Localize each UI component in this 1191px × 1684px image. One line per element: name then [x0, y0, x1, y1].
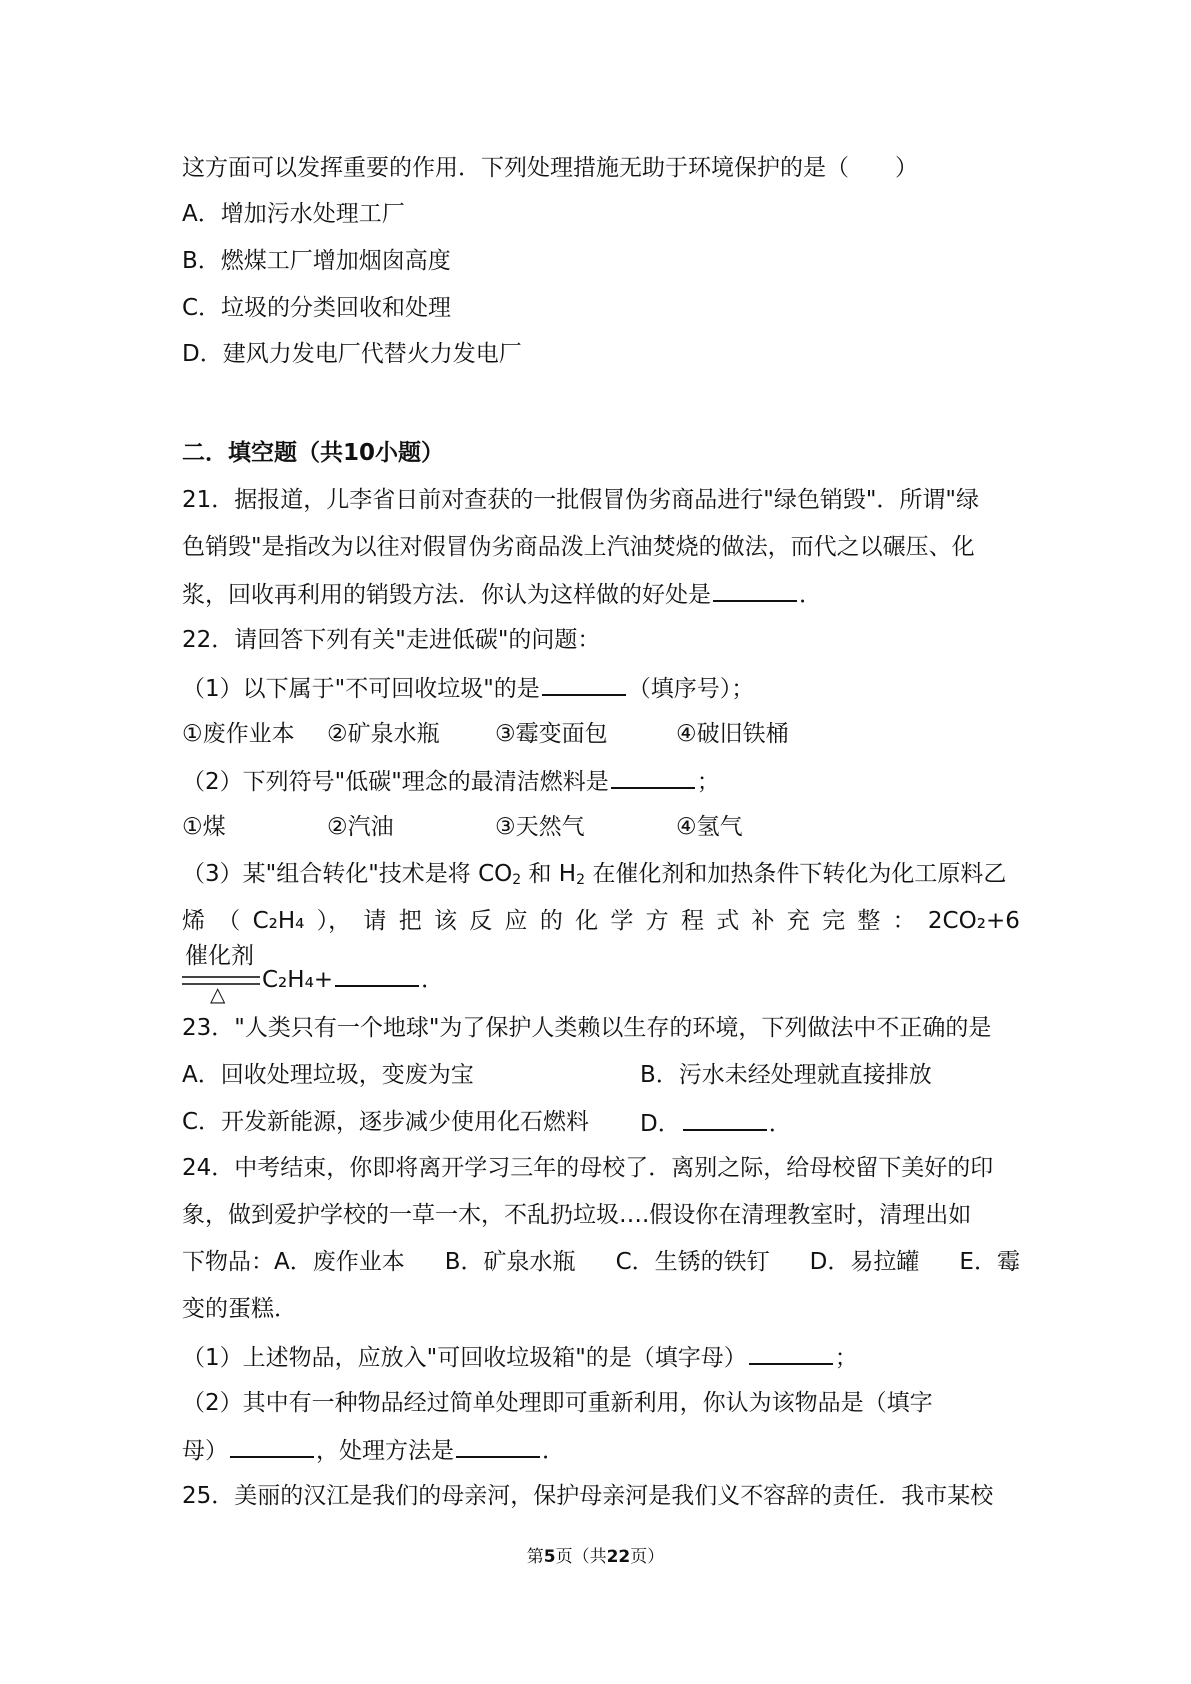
q21-line-1: 21．据报道，儿李省日前对查获的一批假冒伪劣商品进行"绿色销毁"．所谓"绿 — [182, 485, 1020, 515]
q21-line-3: 浆，回收再利用的销毁方法．你认为这样做的好处是． — [182, 578, 822, 610]
period: ． — [769, 1111, 792, 1137]
answer-blank[interactable] — [683, 1107, 767, 1131]
q24-line-4: 变的蛋糕． — [182, 1294, 297, 1324]
q24-part1-text: （1）上述物品，应放入"可回收垃圾箱"的是（填字母） — [182, 1345, 747, 1371]
char: 程 — [681, 906, 704, 936]
char: （ — [217, 906, 240, 936]
q24-part2-line1: （2）其中有一种物品经过简单处理即可重新利用，你认为该物品是（填字 — [182, 1388, 933, 1418]
product-formula: C₂H₄+ — [262, 967, 333, 993]
q24-line-2: 象，做到爱护学校的一草一木，不乱扔垃圾….假设你在清理教室时，清理出如 — [182, 1200, 971, 1230]
q20-option-c: C．垃圾的分类回收和处理 — [182, 293, 451, 323]
char: 该 — [434, 906, 457, 936]
q20-option-a: A．增加污水处理工厂 — [182, 199, 405, 229]
option: ①煤 — [182, 812, 226, 842]
q23-options-row2: C．开发新能源，逐步减少使用化石燃料 D．． — [182, 1107, 1020, 1137]
q20-option-d: D．建风力发电厂代替火力发电厂 — [182, 339, 522, 369]
option: ③霉变面包 — [495, 719, 608, 749]
char: 充 — [787, 906, 810, 936]
page-total: 22 — [607, 1547, 631, 1567]
heat-triangle-icon: △ — [210, 983, 225, 1005]
char: 式 — [716, 906, 739, 936]
q23-option-a: A．回收处理垃圾，变废为宝 — [182, 1062, 474, 1088]
q20-stem: 这方面可以发挥重要的作用．下列处理措施无助于环境保护的是（ ） — [182, 153, 918, 183]
q21-text: 21．据报道，儿李省日前对查获的一批假冒伪劣商品进行"绿色销毁"．所谓"绿 — [182, 485, 979, 515]
semicolon: ； — [835, 1345, 858, 1371]
text: 第 — [527, 1547, 544, 1567]
char: 应 — [505, 906, 528, 936]
q22-part1: （1）以下属于"不可回收垃圾"的是（填序号）； — [182, 672, 754, 704]
period: ． — [421, 967, 444, 993]
text: 和 H — [521, 861, 576, 887]
item: D．易拉罐 — [810, 1247, 920, 1277]
char: 完 — [822, 906, 845, 936]
text: 页） — [630, 1547, 664, 1567]
option: ④破旧铁桶 — [676, 719, 789, 749]
char: 反 — [469, 906, 492, 936]
answer-blank[interactable] — [749, 1341, 833, 1365]
answer-blank[interactable] — [611, 765, 695, 789]
q21-text: 浆，回收再利用的销毁方法．你认为这样做的好处是 — [182, 582, 711, 608]
q23-options-row1: A．回收处理垃圾，变废为宝 B．污水未经处理就直接排放 — [182, 1060, 1020, 1090]
q22-part1-text: （1）以下属于"不可回收垃圾"的是 — [182, 676, 540, 702]
option: ④氢气 — [676, 812, 743, 842]
subscript: 2 — [576, 872, 585, 888]
text: ，处理方法是 — [316, 1438, 454, 1464]
q24-part2-line2: 母），处理方法是． — [182, 1434, 565, 1466]
period: ． — [799, 582, 822, 608]
char: 请 — [363, 906, 386, 936]
catalyst-label: 催化剂 — [185, 943, 254, 969]
section-title: 二．填空题（共10小题） — [182, 438, 444, 468]
char: 补 — [752, 906, 775, 936]
page-footer: 第5页（共22页） — [0, 1542, 1191, 1567]
char: 把 — [399, 906, 422, 936]
semicolon: ； — [697, 769, 720, 795]
subscript: 2 — [512, 872, 521, 888]
char: 学 — [610, 906, 633, 936]
q25-stem: 25．美丽的汉江是我们的母亲河，保护母亲河是我们义不容辞的责任．我市某校 — [182, 1481, 993, 1511]
char: 化 — [575, 906, 598, 936]
answer-blank[interactable] — [230, 1434, 314, 1458]
q22-part2-text: （2）下列符号"低碳"理念的最清洁燃料是 — [182, 769, 609, 795]
text: 母） — [182, 1438, 228, 1464]
char: ： — [893, 906, 916, 936]
q22-part3-line2: 烯 （ C₂H₄ ）， 请 把 该 反 应 的 化 学 方 程 式 补 充 完 … — [182, 906, 1020, 936]
formula: 2CO₂+6 — [928, 906, 1020, 936]
char: 方 — [646, 906, 669, 936]
text: 页（共 — [556, 1547, 607, 1567]
q23-stem: 23．"人类只有一个地球"为了保护人类赖以生存的环境，下列做法中不正确的是 — [182, 1013, 991, 1043]
q22-part3-line1: （3）某"组合转化"技术是将 CO2 和 H2 在催化剂和加热条件下转化为化工原… — [182, 859, 1006, 895]
q23-option-d: D．． — [640, 1107, 792, 1139]
item: C．生锈的铁钉 — [616, 1247, 770, 1277]
item: E．霉 — [959, 1247, 1020, 1277]
option: ②汽油 — [327, 812, 394, 842]
page-number: 5 — [544, 1547, 556, 1567]
reaction-condition: 催化剂 △ — [182, 943, 272, 1009]
q20-option-b: B．燃煤工厂增加烟囱高度 — [182, 246, 451, 276]
label: D． — [640, 1111, 681, 1137]
q24-line-3: 下物品：A．废作业本 B．矿泉水瓶 C．生锈的铁钉 D．易拉罐 E．霉 — [182, 1247, 1020, 1277]
answer-blank[interactable] — [542, 672, 626, 696]
char: 整 — [857, 906, 880, 936]
answer-blank[interactable] — [335, 963, 419, 987]
equation-product: C₂H₄+． — [262, 963, 444, 995]
q22-part1-hint: （填序号）； — [628, 676, 755, 702]
q22-stem: 22．请回答下列有关"走进低碳"的问题： — [182, 625, 600, 655]
char: ）， — [317, 906, 352, 936]
option: ②矿泉水瓶 — [327, 719, 440, 749]
item: 下物品：A．废作业本 — [182, 1247, 405, 1277]
formula: C₂H₄ — [253, 906, 305, 936]
item: B．矿泉水瓶 — [445, 1247, 576, 1277]
period: ． — [542, 1438, 565, 1464]
q24-line-1: 24．中考结束，你即将离开学习三年的母校了．离别之际，给母校留下美好的印 — [182, 1153, 993, 1183]
answer-blank[interactable] — [713, 578, 797, 602]
q21-line-2: 色销毁"是指改为以往对假冒伪劣商品泼上汽油焚烧的做法，而代之以碾压、化 — [182, 532, 975, 562]
option: ①废作业本 — [182, 719, 295, 749]
char: 烯 — [182, 906, 205, 936]
option: ③天然气 — [495, 812, 585, 842]
text: （3）某"组合转化"技术是将 CO — [182, 861, 512, 887]
char: 的 — [540, 906, 563, 936]
q22-part2: （2）下列符号"低碳"理念的最清洁燃料是； — [182, 765, 720, 797]
text: 在催化剂和加热条件下转化为化工原料乙 — [585, 861, 1006, 887]
q23-option-b: B．污水未经处理就直接排放 — [640, 1060, 932, 1090]
q23-option-c: C．开发新能源，逐步减少使用化石燃料 — [182, 1109, 589, 1135]
answer-blank[interactable] — [456, 1434, 540, 1458]
q24-part1: （1）上述物品，应放入"可回收垃圾箱"的是（填字母）； — [182, 1341, 858, 1373]
